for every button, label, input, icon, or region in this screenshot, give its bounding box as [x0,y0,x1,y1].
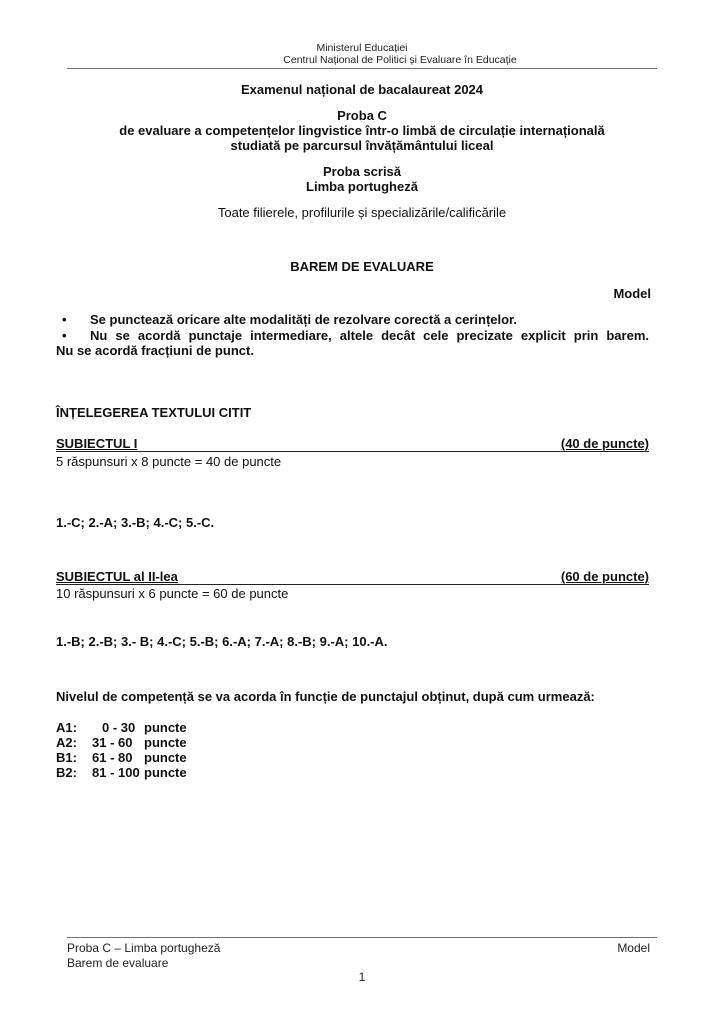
proba-title: Proba C [0,108,724,123]
subject-1-label: SUBIECTUL I [56,437,137,451]
proba-description-1: de evaluare a competențelor lingvistice … [0,123,724,138]
bullet-icon: • [56,312,90,327]
subject-2-formula: 10 răspunsuri x 6 puncte = 60 de puncte [56,586,649,601]
rule-note: Nu se acordă fracțiuni de punct. [56,343,649,358]
level-row: B1: 61 - 80 puncte [56,750,649,765]
rule-bullet-1: • Se punctează oricare alte modalități d… [56,312,649,327]
subject-2-label: SUBIECTUL al II-lea [56,570,178,584]
level-unit: puncte [144,765,187,780]
subject-2-answers: 1.-B; 2.-B; 3.- B; 4.-C; 5.-B; 6.-A; 7.-… [56,634,649,649]
level-range: 81 - 100 [92,765,144,780]
level-range: 0 - 30 [92,720,144,735]
bullet-icon: • [56,328,90,343]
level-code: A1: [56,720,92,735]
proba-scrisa: Proba scrisă [0,164,724,179]
footer-subtitle: Barem de evaluare [67,956,168,970]
language-title: Limba portugheză [0,179,724,194]
subject-1-formula: 5 răspunsuri x 8 puncte = 40 de puncte [56,454,649,469]
level-row: A1: 0 - 30 puncte [56,720,649,735]
footer-title: Proba C – Limba portugheză [67,941,220,955]
subject-2-heading: SUBIECTUL al II-lea (60 de puncte) [56,570,649,585]
rule-text-1: Se punctează oricare alte modalități de … [90,312,517,327]
footer-model: Model [617,941,650,955]
level-code: A2: [56,735,92,750]
subject-2-points: (60 de puncte) [561,570,649,584]
header-center: Centrul Național de Politici și Evaluare… [38,54,724,66]
footer-divider [67,937,657,938]
subject-1-answers: 1.-C; 2.-A; 3.-B; 4.-C; 5.-C. [56,515,649,530]
level-code: B2: [56,765,92,780]
exam-title: Examenul național de bacalaureat 2024 [0,82,724,97]
header-divider [67,68,657,69]
level-unit: puncte [144,720,187,735]
level-unit: puncte [144,750,187,765]
barem-heading: BAREM DE EVALUARE [0,259,724,274]
level-range: 31 - 60 [92,735,144,750]
filiere-text: Toate filierele, profilurile și speciali… [0,205,724,220]
level-range: 61 - 80 [92,750,144,765]
section-title: ÎNȚELEGEREA TEXTULUI CITIT [56,405,649,420]
subject-1-points: (40 de puncte) [561,437,649,451]
rule-bullet-2: • Nu se acordă punctaje intermediare, al… [56,328,649,343]
level-row: B2: 81 - 100 puncte [56,765,649,780]
level-code: B1: [56,750,92,765]
page-number: 1 [0,970,724,984]
level-row: A2: 31 - 60 puncte [56,735,649,750]
subject-1-heading: SUBIECTUL I (40 de puncte) [56,437,649,452]
proba-description-2: studiată pe parcursul învățământului lic… [0,138,724,153]
levels-intro: Nivelul de competență se va acorda în fu… [56,689,649,704]
level-unit: puncte [144,735,187,750]
model-label: Model [613,286,651,301]
rule-text-2: Nu se acordă punctaje intermediare, alte… [90,328,649,343]
header-ministry: Ministerul Educației [0,42,724,54]
